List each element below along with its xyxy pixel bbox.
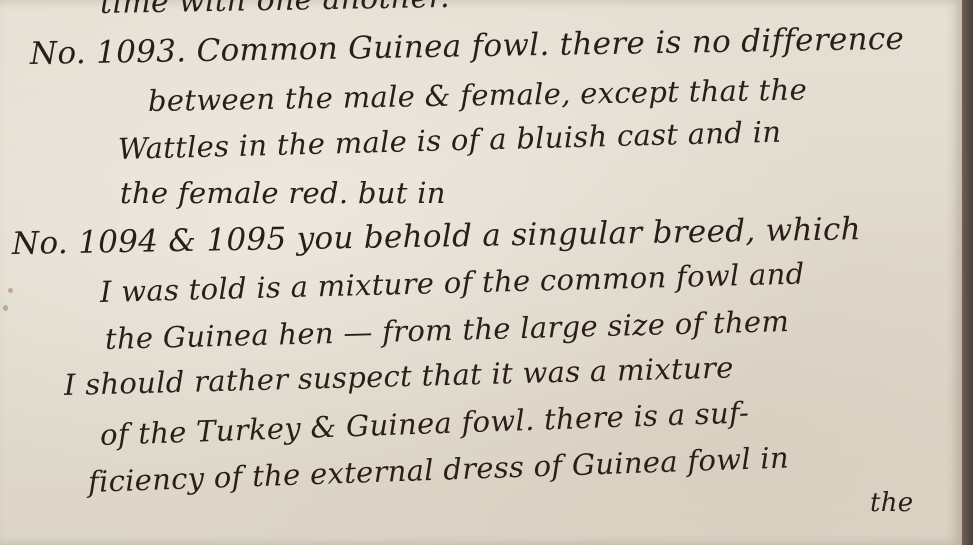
catchword: the [870, 488, 913, 518]
entry-1093-line-4: the female red. but in [120, 176, 446, 210]
entry-1094-line-2: I was told is a mixture of the common fo… [100, 257, 805, 309]
manuscript-page: time with one another. No. 1093. Common … [0, 0, 962, 545]
ink-stain [8, 288, 13, 293]
entry-1094-line-6: ficiency of the external dress of Guinea… [87, 441, 789, 499]
entry-1094-line-1: No. 1094 & 1095 you behold a singular br… [12, 211, 861, 262]
entry-1094-line-3: the Guinea hen — from the large size of … [105, 304, 790, 356]
ink-stain [3, 305, 8, 311]
page-edge [962, 0, 973, 545]
entry-1094-line-4: I should rather suspect that it was a mi… [64, 350, 734, 402]
entry-1093-line-1: No. 1093. Common Guinea fowl. there is n… [30, 21, 905, 72]
entry-1094-line-5: of the Turkey & Guinea fowl. there is a … [99, 395, 749, 452]
cut-off-line: time with one another. [100, 0, 450, 21]
entry-1093-line-3: Wattles in the male is of a bluish cast … [118, 115, 782, 166]
entry-1093-line-2: between the male & female, except that t… [148, 72, 808, 117]
